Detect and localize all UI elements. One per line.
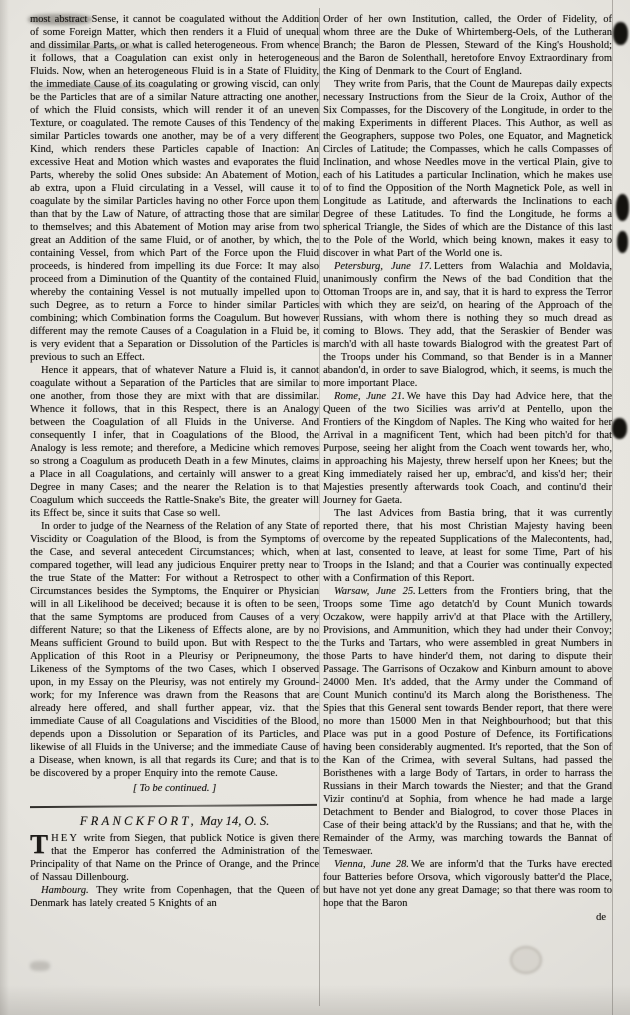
article-paragraph: Hence it appears, that of whatever Natur… [30,364,319,520]
paragraph-text: Order of her own Institution, called, th… [323,14,612,77]
dateline-date: May 14, O. S. [200,814,269,828]
ink-blot [616,194,629,221]
ink-smear [30,961,50,971]
dateline: Rome, June 21. [334,391,405,402]
article-paragraph: Hambourg. They write from Copenhagen, th… [30,884,319,910]
article-paragraph: Vienna, June 28.We are inform'd that the… [323,858,612,910]
article-paragraph: Rome, June 21.We have this Day had Advic… [323,390,612,507]
article-paragraph: THEY write from Siegen, that publick Not… [30,832,319,884]
article-paragraph: They write from Paris, that the Count de… [323,78,612,260]
page-edge-rule [612,0,613,1015]
section-divider [30,804,317,808]
catchword: de [323,911,612,924]
paragraph-text: We have this Day had Advice here, that t… [323,391,612,506]
dateline: Warsaw, June 25. [334,586,416,597]
dateline-place: FRANCKFORT, [80,814,197,828]
paragraph-text: most abstract Sense, it cannot be coagul… [30,14,319,363]
ink-blot [617,231,628,253]
paragraph-text: The last Advices from Bastia bring, that… [323,508,612,584]
right-column: Order of her own Institution, called, th… [323,13,612,924]
lead-caps: HEY [51,833,79,844]
dateline: Vienna, June 28. [334,859,409,870]
ink-blot [612,418,627,439]
paragraph-text: In order to judge of the Nearness of the… [30,521,319,779]
article-paragraph: The last Advices from Bastia bring, that… [323,507,612,585]
paragraph-text: Hence it appears, that of whatever Natur… [30,365,319,519]
section-heading: FRANCKFORT, May 14, O. S. [30,814,319,829]
article-paragraph: Petersburg, June 17.Letters from Walachi… [323,260,612,390]
paper-stain [510,946,542,974]
drop-cap: T [30,833,48,856]
scan-edge-shadow [0,985,630,1015]
paragraph-text: Letters from the Frontiers bring, that t… [323,586,612,857]
ink-blot [613,22,628,45]
dateline: Hambourg. [41,885,89,896]
column-divider-rule [319,8,320,1006]
paragraph-text: Letters from Walachia and Moldavia, unan… [323,261,612,389]
article-paragraph: In order to judge of the Nearness of the… [30,520,319,780]
article-paragraph: Warsaw, June 25.Letters from the Frontie… [323,585,612,858]
left-column: most abstract Sense, it cannot be coagul… [30,13,319,910]
article-paragraph: Order of her own Institution, called, th… [323,13,612,78]
scan-edge-shadow [0,0,9,1015]
paragraph-text: They write from Paris, that the Count de… [323,79,612,259]
article-paragraph: most abstract Sense, it cannot be coagul… [30,13,319,364]
continued-notice: [ To be continued. ] [30,782,319,796]
dateline: Petersburg, June 17. [334,261,432,272]
page-scan: most abstract Sense, it cannot be coagul… [0,0,630,1015]
